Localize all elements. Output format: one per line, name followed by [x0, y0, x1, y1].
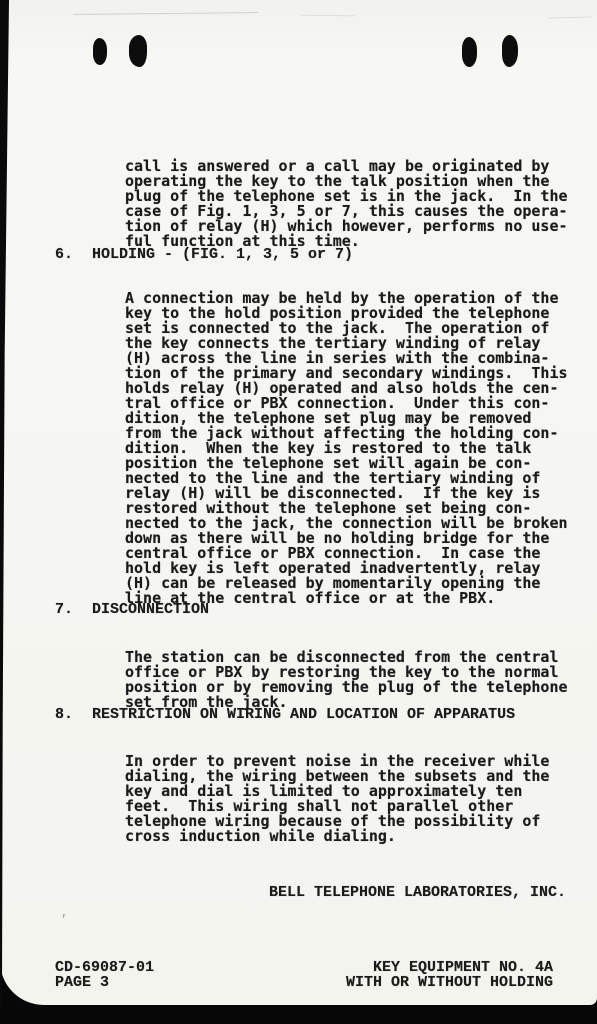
section-6-heading: 6.HOLDING - (FIG. 1, 3, 5 or 7) — [55, 247, 353, 262]
binding-hole — [462, 37, 477, 67]
section-title: HOLDING - (FIG. 1, 3, 5 or 7) — [92, 247, 353, 262]
section-6-paragraph: A connection may be held by the operatio… — [125, 291, 568, 606]
scanned-page: call is answered or a call may be origin… — [0, 0, 597, 1024]
section-title: DISCONNECTION — [92, 602, 209, 617]
intro-paragraph: call is answered or a call may be origin… — [125, 159, 568, 249]
section-title: RESTRICTION ON WIRING AND LOCATION OF AP… — [92, 707, 515, 722]
footer-doc-number: CD-69087-01 — [55, 960, 154, 975]
section-8-paragraph: In order to prevent noise in the receive… — [125, 754, 549, 844]
footer-equipment-subtitle: WITH OR WITHOUT HOLDING — [346, 975, 553, 990]
signature-line: BELL TELEPHONE LABORATORIES, INC. — [269, 885, 566, 900]
footer-page-number: PAGE 3 — [55, 975, 109, 990]
section-7-heading: 7.DISCONNECTION — [55, 602, 209, 617]
binding-hole — [502, 35, 518, 67]
section-8-heading: 8.RESTRICTION ON WIRING AND LOCATION OF … — [55, 707, 515, 722]
stray-mark: , — [61, 906, 68, 920]
footer-equipment-name: KEY EQUIPMENT NO. 4A — [373, 960, 553, 975]
section-7-paragraph: The station can be disconnected from the… — [125, 650, 568, 710]
binding-hole — [129, 35, 147, 67]
section-number: 7. — [55, 602, 92, 617]
binding-hole — [93, 38, 107, 65]
section-number: 6. — [55, 247, 92, 262]
section-number: 8. — [55, 707, 92, 722]
